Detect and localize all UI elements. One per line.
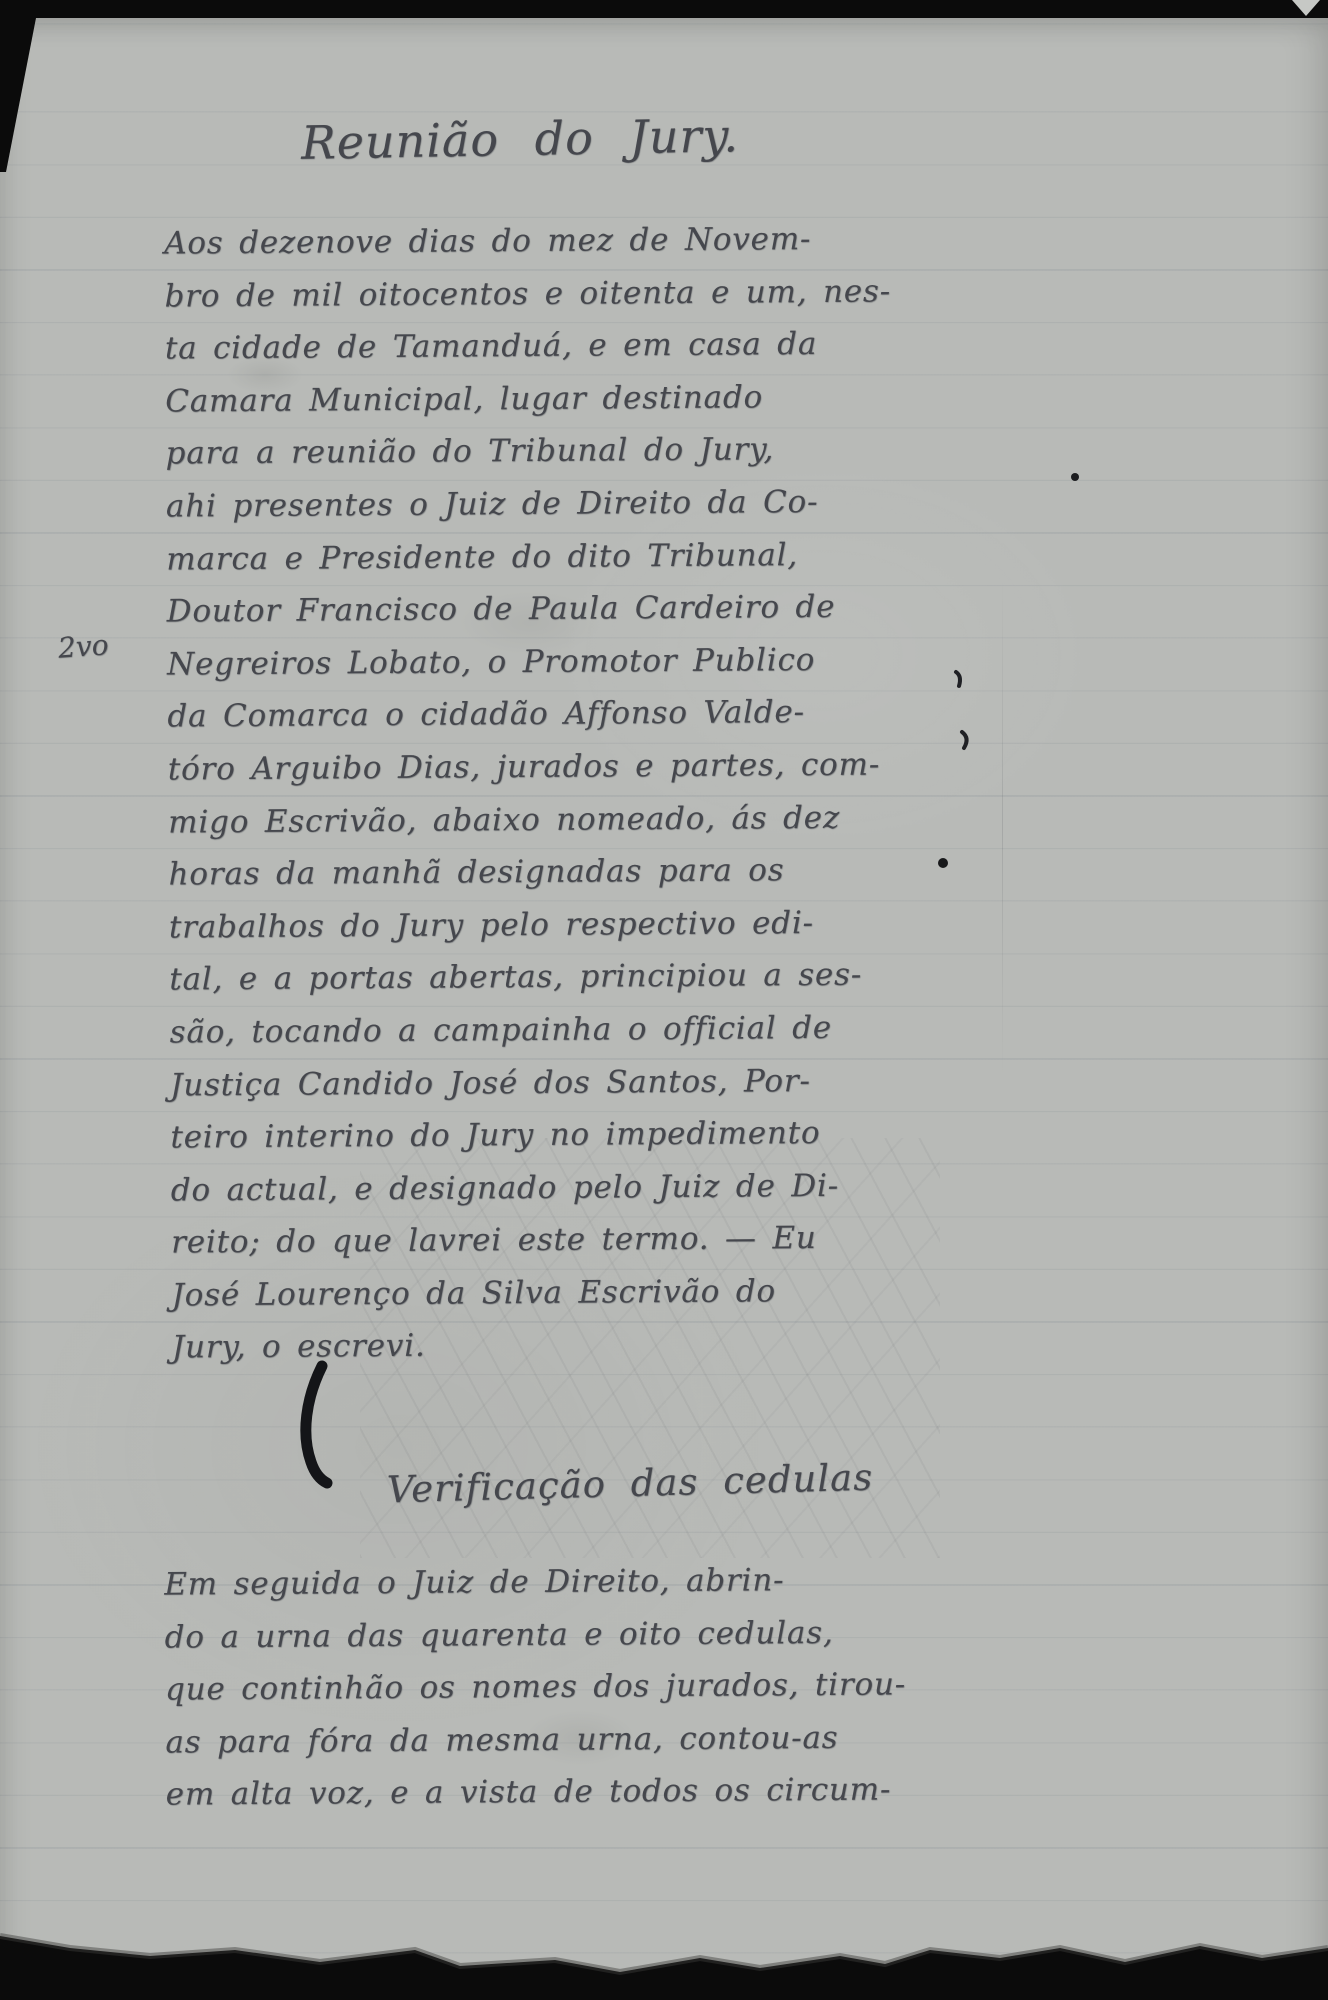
manuscript-line: reito; do que lavrei este termo. — Eu [171,1212,898,1270]
manuscript-line: Justiça Candido José dos Santos, Por- [170,1054,897,1112]
manuscript-line: ta cidade de Tamanduá, e em casa da [165,318,892,376]
manuscript-line: bro de mil oitocentos e oitenta e um, ne… [164,265,891,323]
manuscript-line: horas da manhã designadas para os [168,844,895,902]
manuscript-line: Negreiros Lobato, o Promotor Publico [167,633,894,691]
manuscript-line: Camara Municipal, lugar destinado [165,370,892,428]
manuscript-line: Aos dezenove dias do mez de Novem- [164,212,891,270]
manuscript-line: José Lourenço da Silva Escrivão do [171,1264,898,1322]
manuscript-line: ahi presentes o Juiz de Direito da Co- [166,475,893,533]
manuscript-line: marca e Presidente do dito Tribunal, [166,528,893,586]
manuscript-line: Doutor Francisco de Paula Cardeiro de [167,581,894,639]
manuscript-line: Em seguida o Juiz de Direito, abrin- [164,1553,905,1611]
manuscript-line: teiro interino do Jury no impedimento [170,1107,897,1165]
manuscript-line: da Comarca o cidadão Affonso Valde- [167,686,894,744]
margin-folio-note: 2vo [57,628,110,664]
top-edge-notch [1292,0,1320,16]
paragraph-2: Em seguida o Juiz de Direito, abrin-do a… [164,1553,907,1821]
manuscript-line: as para fóra da mesma urna, contou-as [165,1711,906,1769]
manuscript-line: tal, e a portas abertas, principiou a se… [169,949,896,1007]
manuscript-line: em alta voz, e a vista de todos os circu… [166,1764,907,1822]
scanned-manuscript-photo: Reunião do Jury. 2vo Aos dezenove dias d… [0,0,1328,2000]
manuscript-line: migo Escrivão, abaixo nomeado, ás dez [168,791,895,849]
manuscript-line: para a reunião do Tribunal do Jury, [165,423,892,481]
manuscript-line: trabalhos do Jury pelo respectivo edi- [169,896,896,954]
manuscript-line: Jury, o escrevi. [172,1317,899,1375]
manuscript-line: tóro Arguibo Dias, jurados e partes, com… [168,738,895,796]
paragraph-1: Aos dezenove dias do mez de Novem-bro de… [164,212,899,1374]
manuscript-line: são, tocando a campainha o official de [169,1001,896,1059]
paper-crease [1002,578,1003,1078]
manuscript-line: do actual, e designado pelo Juiz de Di- [171,1159,898,1217]
manuscript-line: do a urna das quarenta e oito cedulas, [164,1606,905,1664]
manuscript-line: que continhão os nomes dos jurados, tiro… [165,1659,906,1717]
